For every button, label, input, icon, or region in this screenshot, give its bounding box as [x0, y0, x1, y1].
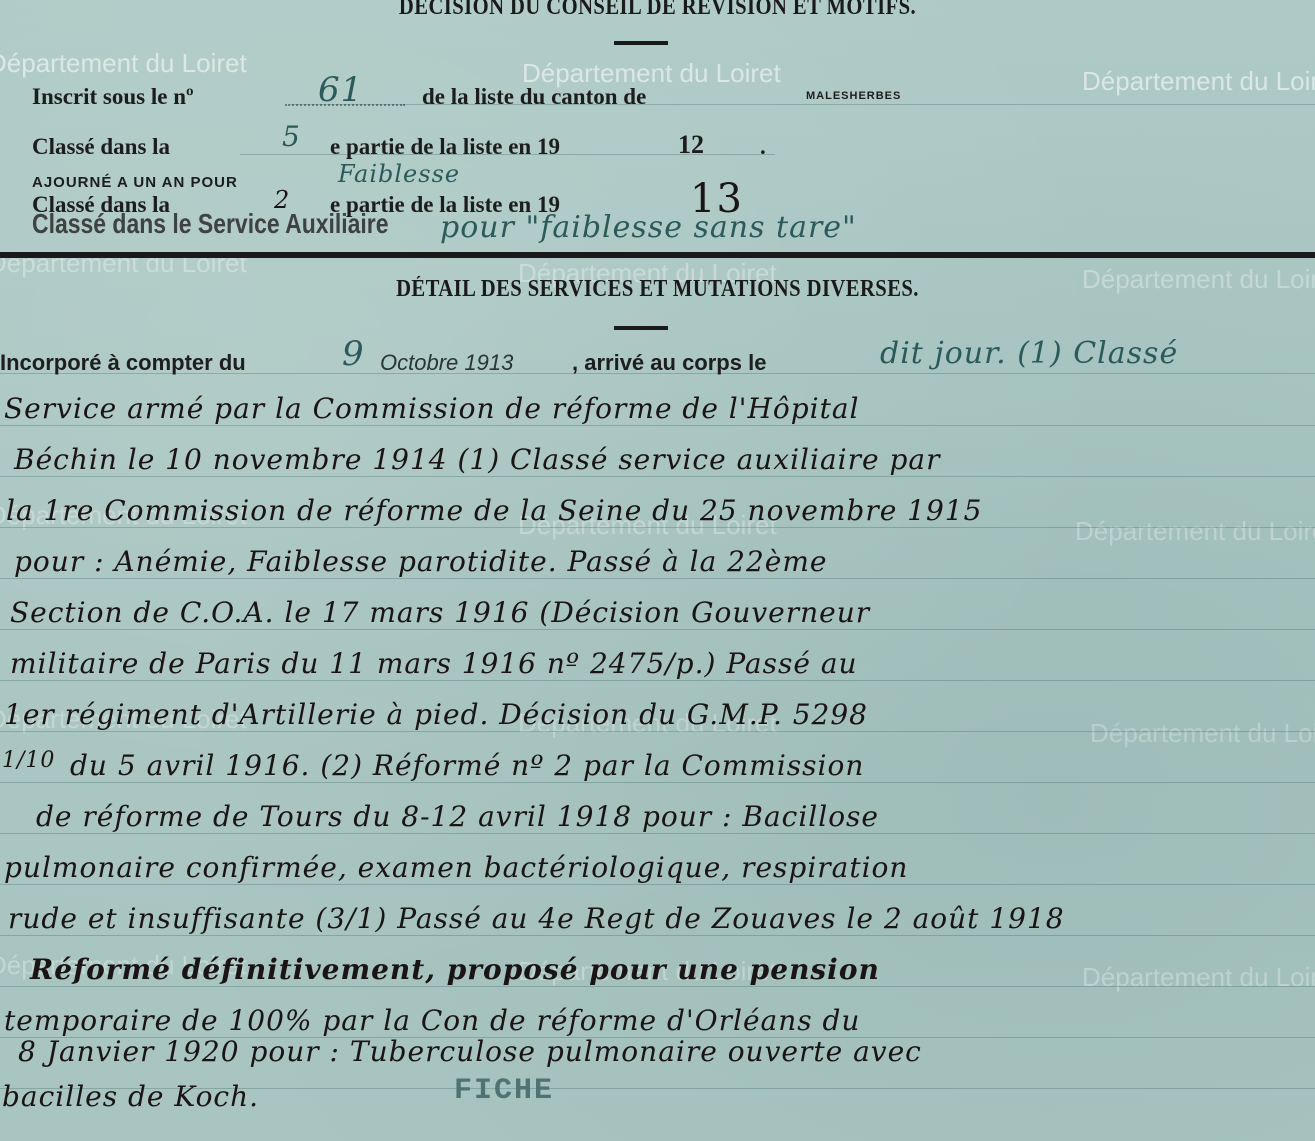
service-line: de réforme de Tours du 8-12 avril 1918 p…: [36, 800, 879, 833]
service-line: pulmonaire confirmée, examen bactériolog…: [4, 851, 908, 884]
inscrit-number: 61: [318, 70, 363, 110]
fiche-stamp: FICHE: [454, 1074, 554, 1108]
watermark: Département du Loiret: [1075, 516, 1315, 547]
ruled-line: [0, 731, 1315, 732]
ajourne-stamp: AJOURNÉ A UN AN POUR: [32, 174, 238, 191]
ruled-line: [0, 986, 1315, 987]
decision-heading: DÉCISION DU CONSEIL DE RÉVISION ET MOTIF…: [92, 0, 1223, 21]
ruled-line: [0, 782, 1315, 783]
service-line: du 5 avril 1916. (2) Réformé nº 2 par la…: [70, 749, 864, 782]
classe-1-label: Classé dans la: [32, 134, 170, 160]
ruled-line: [0, 425, 1315, 426]
service-line: Réformé définitivement, proposé pour une…: [30, 953, 880, 986]
classe-1-label-end: e partie de la liste en 19: [330, 134, 560, 160]
ajourne-reason: Faiblesse: [338, 160, 460, 188]
incorpore-day: 9: [342, 334, 365, 374]
record-page: Département du Loiret Département du Loi…: [0, 0, 1315, 1141]
ruled-line: [0, 629, 1315, 630]
watermark: Département du Loiret: [1082, 66, 1315, 97]
service-line: rude et insuffisante (3/1) Passé au 4e R…: [8, 902, 1065, 935]
ruled-line: [0, 578, 1315, 579]
service-line: Service armé par la Commission de réform…: [4, 392, 860, 425]
ruled-line: [0, 833, 1315, 834]
service-line: militaire de Paris du 11 mars 1916 nº 24…: [10, 647, 858, 680]
inscrit-label: Inscrit sous le nº: [32, 84, 194, 110]
watermark: Département du Loiret: [1090, 718, 1315, 749]
service-line: temporaire de 100% par la Con de réforme…: [4, 1004, 860, 1037]
service-line: Béchin le 10 novembre 1914 (1) Classé se…: [14, 443, 940, 476]
watermark: Département du Loiret: [1082, 962, 1315, 993]
service-line: la 1re Commission de réforme de la Seine…: [6, 494, 982, 527]
service-auxiliaire-reason: pour "faiblesse sans tare": [440, 210, 857, 245]
services-heading: DÉTAIL DES SERVICES ET MUTATIONS DIVERSE…: [92, 276, 1223, 303]
heading-divider: [614, 41, 668, 45]
ruled-line: [0, 527, 1315, 528]
incorpore-label: Incorporé à compter du: [0, 350, 246, 376]
section-divider: [0, 252, 1315, 258]
heading-divider: [614, 326, 668, 330]
canton-label: de la liste du canton de: [422, 84, 646, 110]
ruled-line: [0, 476, 1315, 477]
arrive-label: , arrivé au corps le: [572, 350, 766, 376]
ruled-line: [0, 884, 1315, 885]
incorpore-date: Octobre 1913: [380, 350, 513, 376]
service-line: 8 Janvier 1920 pour : Tuberculose pulmon…: [18, 1035, 922, 1068]
service-line: 1er régiment d'Artillerie à pied. Décisi…: [4, 698, 868, 731]
classe-1-period: .: [760, 134, 766, 160]
ruled-line: [0, 680, 1315, 681]
service-line: pour : Anémie, Faiblesse parotidite. Pas…: [14, 545, 827, 578]
service-line: bacilles de Koch.: [2, 1080, 259, 1113]
margin-note: 1/10: [2, 748, 55, 773]
arrive-date-hand: dit jour. (1) Classé: [880, 336, 1178, 371]
classe-1-year: 12: [678, 130, 704, 160]
ruled-line: [0, 935, 1315, 936]
classe-1-partie: 5: [282, 120, 301, 153]
service-auxiliaire-stamp: Classé dans le Service Auxiliaire: [32, 208, 389, 240]
service-line: Section de C.O.A. le 17 mars 1916 (Décis…: [10, 596, 870, 629]
canton-name: MALESHERBES: [806, 90, 901, 102]
watermark: Département du Loiret: [0, 48, 247, 79]
